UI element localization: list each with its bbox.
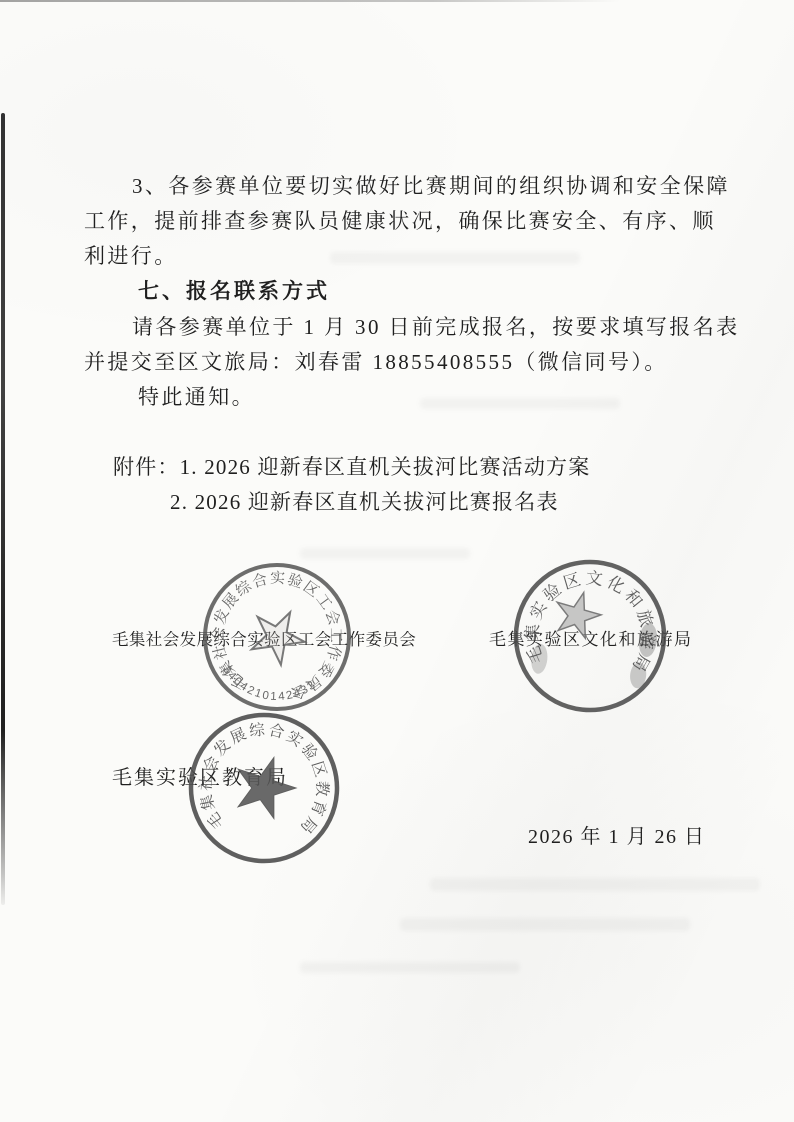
seal-star-icon — [227, 748, 303, 822]
official-seal-culture-tourism: 毛集实验区文化和旅游局 — [509, 555, 672, 718]
seal-overlay: 毛集社会发展综合实验区工会工作委员会 3404210142433 毛集实验区文化… — [0, 0, 794, 1122]
official-seal-union: 毛集社会发展综合实验区工会工作委员会 3404210142433 — [194, 554, 361, 721]
scanned-notice-page: 3、各参赛单位要切实做好比赛期间的组织协调和安全保障 工作，提前排查参赛队员健康… — [0, 0, 794, 1122]
seal-star-icon — [243, 600, 314, 670]
official-seal-education: 毛集社会发展综合实验区教育局 — [186, 710, 342, 866]
